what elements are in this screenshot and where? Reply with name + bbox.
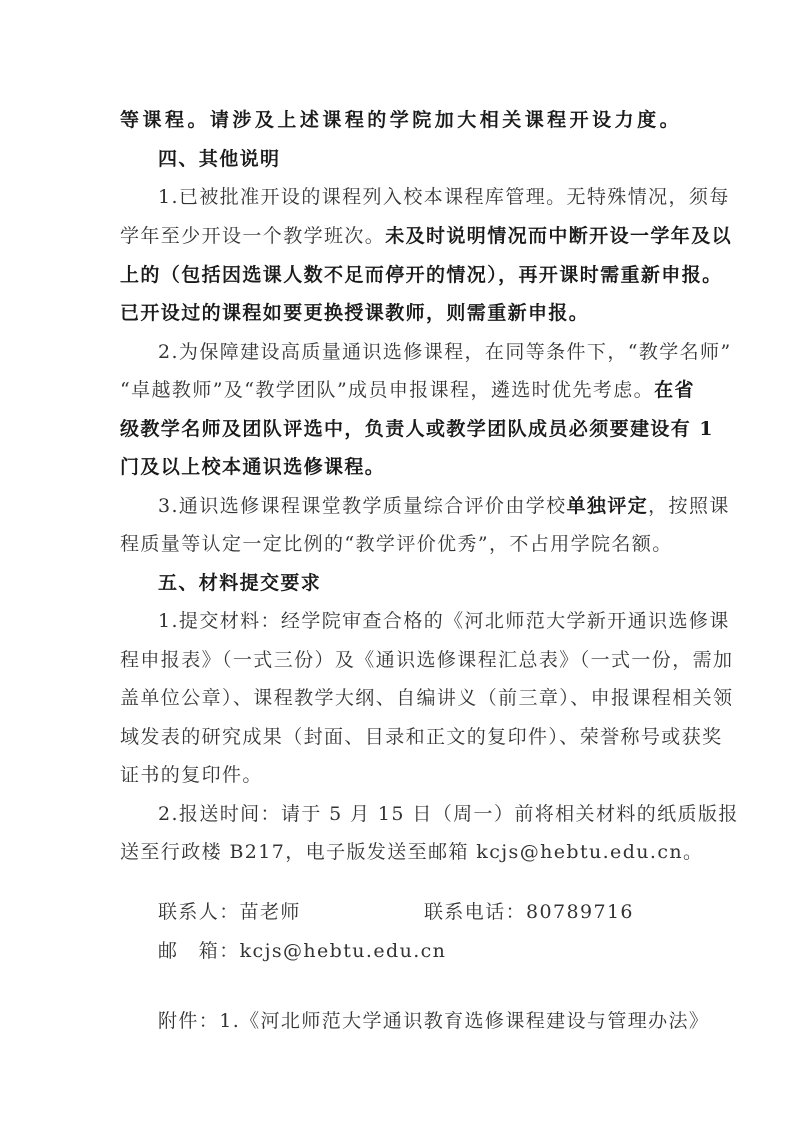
text-run-bold: 单独评定: [567, 495, 649, 517]
document-page: 等课程。请涉及上述课程的学院加大相关课程开设力度。 四、其他说明 1.已被批准开…: [0, 0, 800, 1131]
text-run: 3.通识选修课程课堂教学质量综合评价由学校: [158, 495, 567, 517]
paragraph-line: 2.报送时间：请于 5 月 15 日（周一）前将相关材料的纸质版报: [158, 799, 680, 829]
attachment-line: 附件：1.《河北师范大学通识教育选修课程建设与管理办法》: [158, 1006, 718, 1036]
contact-line: 联系人：苗老师 联系电话：80789716: [158, 897, 718, 927]
paragraph-line: 3.通识选修课程课堂教学质量综合评价由学校单独评定，按照课: [158, 491, 680, 521]
contact-phone: 联系电话：80789716: [424, 897, 634, 927]
paragraph-line: 1.提交材料：经学院审查合格的《河北师范大学新开通识选修课: [158, 606, 680, 636]
paragraph-line: 门及以上校本通识选修课程。: [120, 452, 680, 482]
text-run: 学年至少开设一个教学班次。: [120, 225, 385, 247]
paragraph-line: 1.已被批准开设的课程列入校本课程库管理。无特殊情况，须每: [158, 182, 680, 212]
section-heading-other-notes: 四、其他说明: [158, 144, 718, 174]
paragraph-line: 级教学名师及团队评选中，负责人或教学团队成员必须要建设有 1: [120, 414, 680, 444]
paragraph-line: 程质量等认定一定比例的“教学评价优秀”，不占用学院名额。: [120, 529, 680, 559]
paragraph-line: 等课程。请涉及上述课程的学院加大相关课程开设力度。: [120, 105, 680, 135]
text-run: ，按照课: [648, 495, 730, 517]
paragraph-line: 证书的复印件。: [120, 760, 680, 790]
text-run: “卓越教师”及“教学团队”成员申报课程，遴选时优先考虑。: [120, 379, 654, 401]
contact-phone-value: 80789716: [526, 901, 634, 923]
contact-email-value: kcjs@hebtu.edu.cn: [240, 940, 447, 962]
contact-email-label: 邮 箱：: [158, 940, 240, 962]
paragraph-line: 送至行政楼 B217，电子版发送至邮箱 kcjs@hebtu.edu.cn。: [120, 837, 680, 867]
paragraph-line: 程申报表》（一式三份）及《通识选修课程汇总表》（一式一份，需加: [120, 645, 680, 675]
paragraph-line: 2.为保障建设高质量通识选修课程，在同等条件下，“教学名师”: [158, 337, 680, 367]
paragraph-line: “卓越教师”及“教学团队”成员申报课程，遴选时优先考虑。在省: [120, 375, 680, 405]
contact-person-label: 联系人：: [158, 901, 240, 923]
section-heading-materials: 五、材料提交要求: [158, 568, 718, 598]
contact-phone-label: 联系电话：: [424, 901, 526, 923]
paragraph-line: 已开设过的课程如要更换授课教师，则需重新申报。: [120, 298, 680, 328]
text-run-bold: 在省: [654, 379, 695, 401]
attachment-label: 附件：: [158, 1010, 219, 1032]
paragraph-line: 域发表的研究成果（封面、目录和正文的复印件）、荣誉称号或获奖: [120, 722, 680, 752]
paragraph-line: 上的（包括因选课人数不足而停开的情况），再开课时需重新申报。: [120, 260, 680, 290]
paragraph-line: 盖单位公章）、课程教学大纲、自编讲义（前三章）、申报课程相关领: [120, 683, 680, 713]
text-run-bold: 未及时说明情况而中断开设一学年及以: [385, 225, 732, 247]
contact-person-value: 苗老师: [240, 901, 301, 923]
contact-email-line: 邮 箱：kcjs@hebtu.edu.cn: [158, 936, 718, 966]
attachment-item: 1.《河北师范大学通识教育选修课程建设与管理办法》: [219, 1010, 709, 1032]
paragraph-line: 学年至少开设一个教学班次。未及时说明情况而中断开设一学年及以: [120, 221, 680, 251]
